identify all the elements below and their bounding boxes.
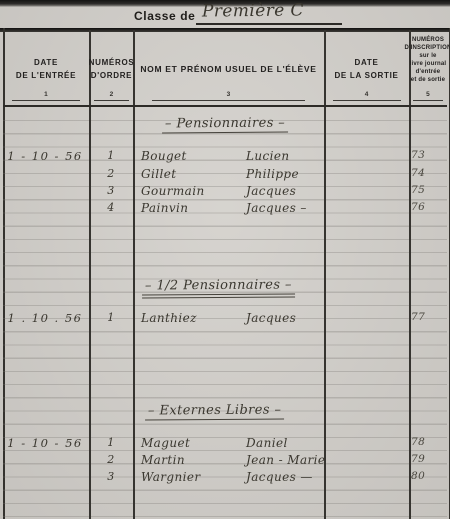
register-page: Classe de Première C DATE DE L'ENTRÉE 1 … [0, 0, 450, 519]
class-title-value: Première C [202, 0, 304, 21]
date-entry: 1 - 10 - 56 [4, 149, 86, 163]
student-surname: Bouget [141, 149, 187, 163]
student-firstname: Daniel [246, 436, 288, 450]
student-firstname: Philippe [246, 167, 299, 181]
inscription-number: 74 [411, 167, 425, 179]
student-surname: Painvin [141, 201, 188, 215]
header-line: DATE [34, 56, 58, 69]
column-header-nom-prenom: NOM ET PRÉNOM USUEL DE L'ÉLÈVE 3 [133, 33, 324, 105]
inscription-number: 79 [411, 453, 425, 465]
column-number: 1 [12, 91, 81, 101]
student-firstname: Jacques — [246, 470, 313, 484]
student-surname: Gillet [141, 167, 176, 181]
column-header-date-entree: DATE DE L'ENTRÉE 1 [3, 33, 89, 105]
date-entry: 1 . 10 . 56 [4, 311, 86, 325]
student-firstname: Jacques – [246, 201, 307, 215]
section-heading-demi-pensionnaires: – 1/2 Pensionnaires – [142, 277, 295, 298]
order-number: 2 [89, 167, 133, 180]
table-row: 2 Gillet Philippe 74 [0, 167, 450, 183]
inscription-number: 78 [411, 436, 425, 448]
date-entry: 1 - 10 - 56 [4, 436, 86, 450]
order-number: 1 [89, 311, 133, 324]
order-number: 1 [89, 149, 133, 162]
table-row: 1 - 10 - 56 1 Bouget Lucien 73 [0, 149, 450, 165]
table-row: 3 Wargnier Jacques — 80 [0, 470, 450, 486]
column-number: 3 [152, 91, 305, 101]
inscription-number: 75 [411, 184, 425, 196]
header-line: NOM ET PRÉNOM USUEL DE L'ÉLÈVE [140, 63, 316, 76]
inscription-number: 77 [411, 311, 425, 323]
inscription-number: 76 [411, 201, 425, 213]
student-surname: Martin [141, 453, 185, 467]
section-heading-pensionnaires: – Pensionnaires – [162, 116, 288, 134]
order-number: 4 [89, 201, 133, 214]
table-row: 4 Painvin Jacques – 76 [0, 201, 450, 217]
column-header-date-sortie: DATE DE LA SORTIE 4 [324, 33, 409, 105]
student-surname: Lanthiez [141, 311, 197, 325]
inscription-number: 80 [411, 470, 425, 482]
student-firstname: Jacques [246, 184, 296, 198]
column-number: 2 [94, 91, 128, 101]
column-header-numeros-inscription: NUMÉROS D'INSCRIPTION sur le livre journ… [409, 33, 447, 105]
column-number: 4 [333, 91, 401, 101]
inscription-number: 73 [411, 149, 425, 161]
header-line: D'ORDRE [91, 69, 132, 82]
header-separator [3, 105, 447, 107]
student-firstname: Lucien [246, 149, 290, 163]
class-title-underline [196, 23, 342, 25]
column-header-numeros-ordre: NUMÉROS D'ORDRE 2 [90, 33, 133, 105]
student-firstname: Jean - Marie [246, 453, 325, 467]
class-title-label: Classe de [134, 9, 195, 23]
student-surname: Wargnier [141, 470, 200, 484]
table-row: 1 - 10 - 56 1 Maguet Daniel 78 [0, 436, 450, 452]
section-heading-externes-libres: – Externes Libres – [145, 403, 285, 421]
table-row: 2 Martin Jean - Marie 79 [0, 453, 450, 469]
order-number: 2 [89, 453, 133, 466]
order-number: 3 [89, 184, 133, 197]
header-line: DE L'ENTRÉE [16, 69, 76, 82]
header-line: NUMÉROS D'INSCRIPTION sur le livre journ… [404, 36, 450, 84]
table-row: 1 . 10 . 56 1 Lanthiez Jacques 77 [0, 311, 450, 327]
header-line: NUMÉROS [89, 56, 135, 69]
table-row: 3 Gourmain Jacques 75 [0, 184, 450, 200]
header-line: DATE [355, 56, 379, 69]
order-number: 3 [89, 470, 133, 483]
student-firstname: Jacques [246, 311, 296, 325]
student-surname: Gourmain [141, 184, 205, 198]
header-line: DE LA SORTIE [334, 69, 398, 82]
student-surname: Maguet [141, 436, 190, 450]
order-number: 1 [89, 436, 133, 449]
column-number: 5 [413, 91, 443, 101]
